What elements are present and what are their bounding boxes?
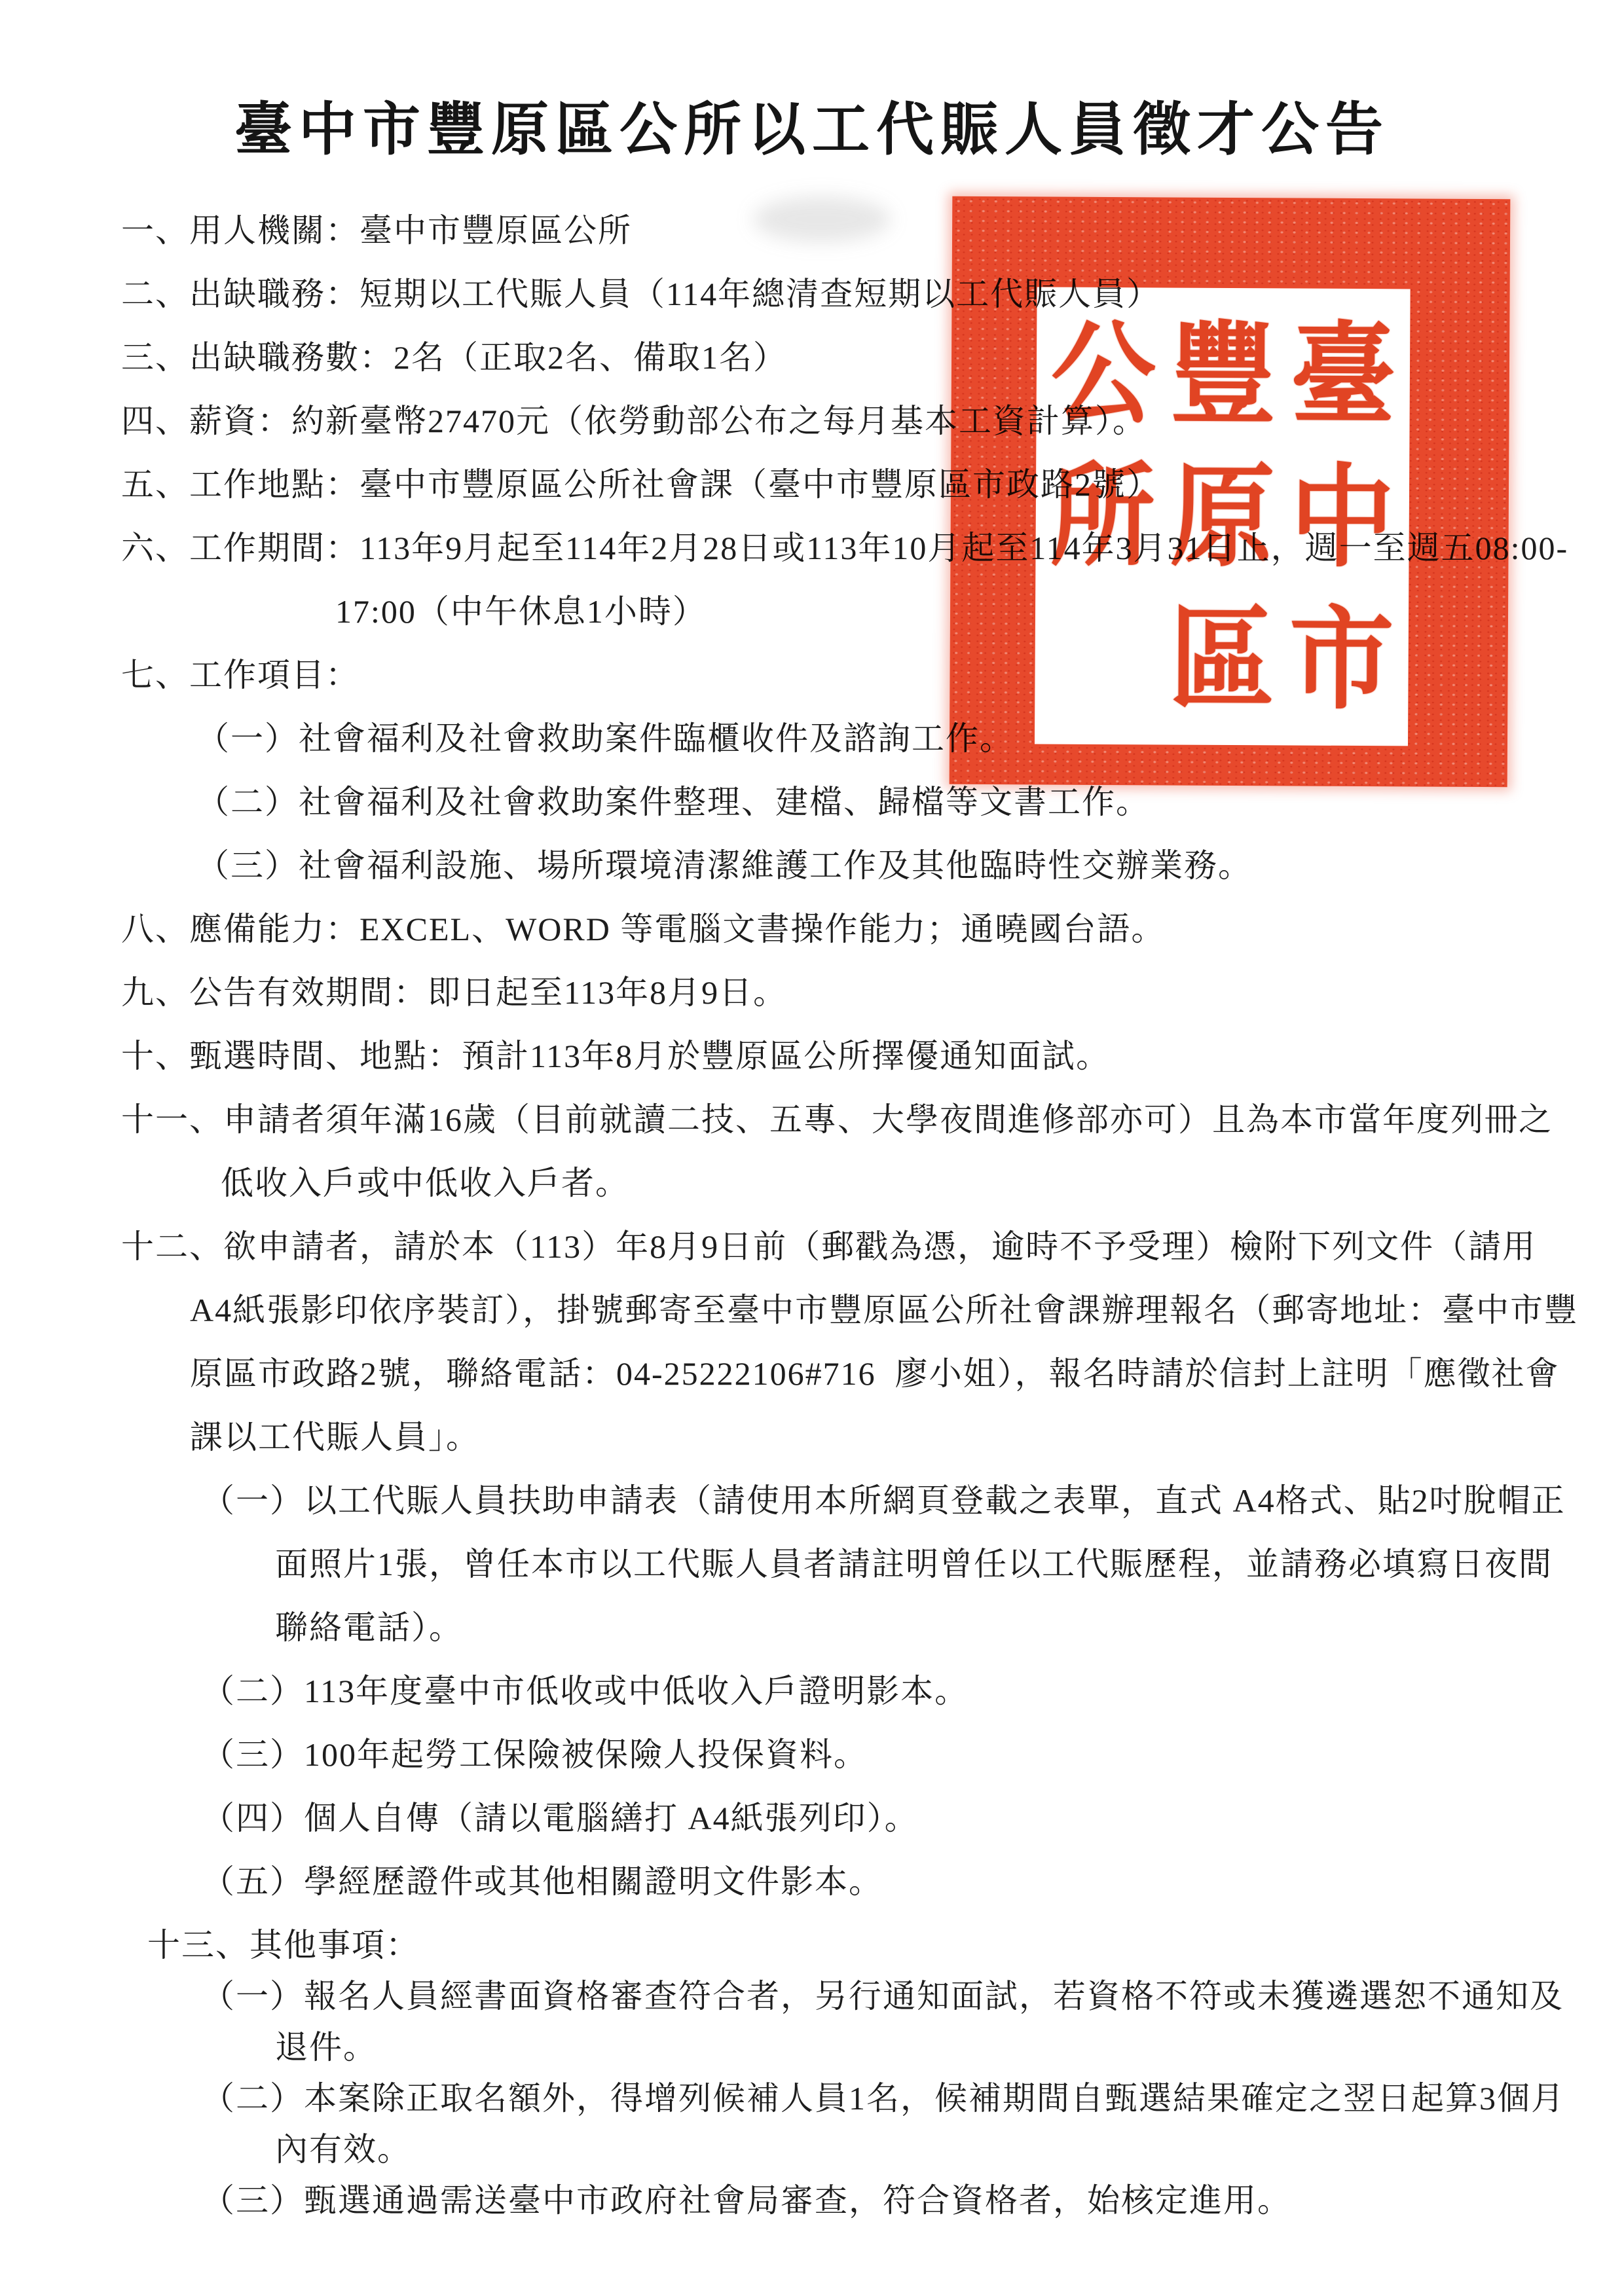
document-line: 低收入戶或中低收入戶者。 [221, 1163, 1624, 1227]
document-line: 課以工代賑人員」。 [190, 1417, 1624, 1481]
document-line: 面照片1張，曾任本市以工代賑人員者請註明曾任以工代賑歷程，並請務必填寫日夜間 [275, 1544, 1624, 1608]
document-line: （一）以工代賑人員扶助申請表（請使用本所網頁登載之表單，直式 A4格式、貼2吋脫… [202, 1481, 1624, 1544]
document-line: 十一、申請者須年滿16歲（目前就讀二技、五專、大學夜間進修部亦可）且為本市當年度… [121, 1100, 1624, 1163]
document-line: A4紙張影印依序裝訂），掛號郵寄至臺中市豐原區公所社會課辦理報名（郵寄地址：臺中… [190, 1290, 1624, 1354]
seal-character: 區 [1169, 602, 1274, 714]
seal-character: 原 [1170, 460, 1275, 572]
seal-inner-panel: 臺中市豐原區公所 [1035, 287, 1411, 746]
seal-column: 臺中市 [1291, 304, 1393, 731]
seal-column: 公所 [1052, 303, 1153, 729]
document-line: 內有效。 [275, 2130, 1624, 2181]
seal-character: 臺 [1291, 319, 1395, 431]
document-line: （三）100年起勞工保險被保險人投保資料。 [202, 1735, 1624, 1798]
document-line: （二）社會福利及社會救助案件整理、建檔、歸檔等文書工作。 [196, 782, 1624, 846]
document-line: （五）學經歷證件或其他相關證明文件影本。 [202, 1862, 1624, 1925]
document-line: （四）個人自傳（請以電腦繕打 A4紙張列印）。 [202, 1798, 1624, 1862]
document-line: 原區市政路2號，聯絡電話：04-25222106#716 廖小姐），報名時請於信… [190, 1354, 1624, 1417]
official-seal: 臺中市豐原區公所 [950, 196, 1511, 787]
document-line: 聯絡電話）。 [275, 1608, 1624, 1671]
document-line: （三）社會福利設施、場所環境清潔維護工作及其他臨時性交辦業務。 [196, 846, 1624, 909]
seal-character: 公 [1051, 318, 1156, 430]
document-line: 十、甄選時間、地點：預計113年8月於豐原區公所擇優通知面試。 [121, 1036, 1624, 1100]
document-line: （三）甄選通過需送臺中市政府社會局審查，符合資格者，始核定進用。 [202, 2181, 1624, 2232]
document-line: （二）本案除正取名額外，得增列候補人員1名，候補期間自甄選結果確定之翌日起算3個… [202, 2079, 1624, 2130]
seal-column: 豐原區 [1172, 304, 1273, 730]
seal-character: 市 [1289, 603, 1393, 715]
document-line: （二）113年度臺中市低收或中低收入戶證明影本。 [202, 1671, 1624, 1735]
document-line: 十三、其他事項： [147, 1925, 1624, 1977]
document-line: 九、公告有效期間：即日起至113年8月9日。 [121, 973, 1624, 1036]
announcement-page: 臺中市豐原區公所以工代賑人員徵才公告 一、用人機關：臺中市豐原區公所二、出缺職務… [0, 0, 1624, 2296]
page-title: 臺中市豐原區公所以工代賑人員徵才公告 [0, 84, 1624, 166]
document-line: 八、應備能力：EXCEL、WORD 等電腦文書操作能力；通曉國台語。 [121, 909, 1624, 973]
seal-character: 中 [1290, 461, 1395, 573]
document-line: 退件。 [275, 2028, 1624, 2079]
other-notes-items: 十三、其他事項：（一）報名人員經書面資格審查符合者，另行通知面試，若資格不符或未… [0, 1925, 1624, 2232]
document-line: （一）報名人員經書面資格審查符合者，另行通知面試，若資格不符或未獲遴選恕不通知及 [202, 1977, 1624, 2028]
seal-character: 豐 [1171, 319, 1276, 431]
seal-character: 所 [1050, 460, 1155, 572]
document-line: 十二、欲申請者，請於本（113）年8月9日前（郵戳為憑，逾時不予受理）檢附下列文… [121, 1227, 1624, 1290]
